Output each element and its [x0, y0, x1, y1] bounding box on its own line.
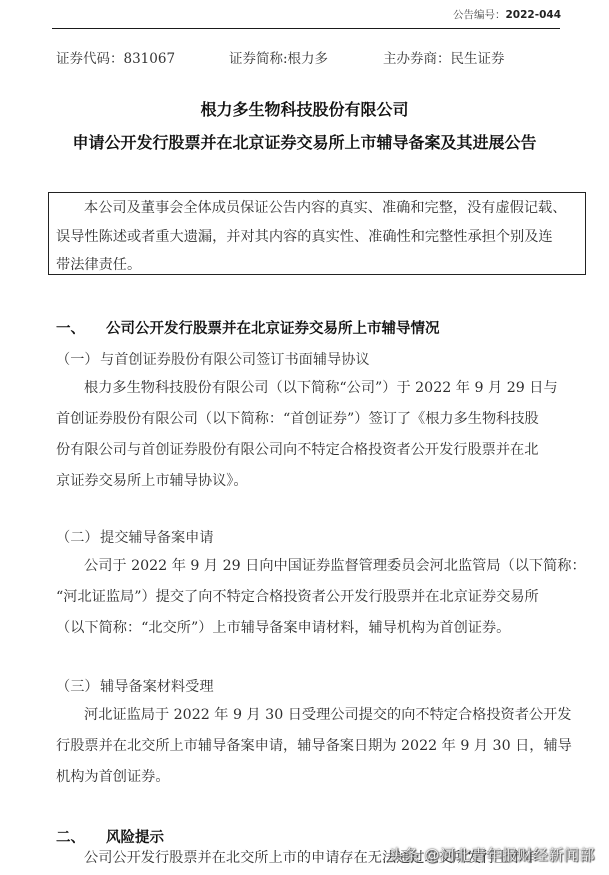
paragraph-line: 行股票并在北交所上市辅导备案申请，辅导备案日期为 2022 年 9 月 30 日… — [56, 731, 588, 762]
paragraph-line: 京证券交易所上市辅导协议》。 — [56, 466, 588, 497]
company-title: 根力多生物科技股份有限公司 — [0, 97, 609, 120]
subsection-number: （一） — [56, 349, 100, 369]
section-title: 公司公开发行股票并在北京证券交易所上市辅导情况 — [106, 321, 440, 337]
disclaimer-line: 误导性陈述或者重大遗漏，并对其内容的真实性、准确性和完整性承担个别及连 — [56, 223, 584, 252]
disclaimer-line: 本公司及董事会全体成员保证公告内容的真实、准确和完整，没有虚假记载、 — [56, 194, 584, 223]
paragraph-line: 公司于 2022 年 9 月 29 日向中国证券监督管理委员会河北监管局（以下简… — [56, 551, 588, 582]
source-watermark: 头条 @河北青年报财经新闻部 — [388, 844, 595, 865]
paragraph-line: “河北证监局”）提交了向不特定合格投资者公开发行股票并在北京证券交易所 — [56, 582, 588, 613]
paragraph-line: 机构为首创证券。 — [56, 762, 588, 793]
paragraph-line: （以下简称：“北交所”）上市辅导备案申请材料，辅导机构为首创证券。 — [56, 613, 588, 644]
paragraph-line: 份有限公司与首创证券股份有限公司向不特定合格投资者公开发行股票并在北 — [56, 435, 588, 466]
paragraph-line: 根力多生物科技股份有限公司（以下简称“公司”）于 2022 年 9 月 29 日… — [56, 373, 588, 404]
subsection-heading-1-2: （二）提交辅导备案申请 — [56, 527, 214, 547]
header-divider — [52, 28, 560, 29]
stock-short-name: 证券简称:根力多 — [229, 47, 328, 67]
stock-code: 证券代码：831067 — [56, 47, 175, 67]
section-number: 一、 — [56, 317, 106, 338]
announcement-number-value: 2022-044 — [506, 9, 562, 21]
paragraph-line: 首创证券股份有限公司（以下简称：“首创证券”）签订了《根力多生物科技股 — [56, 404, 588, 435]
sponsor-broker: 主办券商：民生证券 — [383, 47, 505, 67]
paragraph-line: 河北证监局于 2022 年 9 月 30 日受理公司提交的向不特定合格投资者公开… — [56, 700, 588, 731]
announcement-number: 公告编号：2022-044 — [453, 7, 561, 22]
subsection-title: 提交辅导备案申请 — [100, 530, 214, 546]
disclaimer-text: 本公司及董事会全体成员保证公告内容的真实、准确和完整，没有虚假记载、 误导性陈述… — [56, 194, 584, 280]
subsection-heading-1-3: （三）辅导备案材料受理 — [56, 676, 214, 696]
announcement-title: 申请公开发行股票并在北京证券交易所上市辅导备案及其进展公告 — [0, 130, 609, 153]
subsection-title: 辅导备案材料受理 — [100, 679, 214, 695]
announcement-number-label: 公告编号： — [453, 9, 506, 21]
subsection-number: （三） — [56, 676, 100, 696]
paragraph-1-2: 公司于 2022 年 9 月 29 日向中国证券监督管理委员会河北监管局（以下简… — [56, 551, 588, 644]
section-heading-1: 一、公司公开发行股票并在北京证券交易所上市辅导情况 — [56, 317, 440, 338]
paragraph-1-1: 根力多生物科技股份有限公司（以下简称“公司”）于 2022 年 9 月 29 日… — [56, 373, 588, 497]
subsection-title: 与首创证券股份有限公司签订书面辅导协议 — [100, 352, 370, 368]
paragraph-1-3: 河北证监局于 2022 年 9 月 30 日受理公司提交的向不特定合格投资者公开… — [56, 700, 588, 793]
subsection-heading-1-1: （一）与首创证券股份有限公司签订书面辅导协议 — [56, 349, 370, 369]
disclaimer-line: 带法律责任。 — [56, 251, 584, 280]
subsection-number: （二） — [56, 527, 100, 547]
